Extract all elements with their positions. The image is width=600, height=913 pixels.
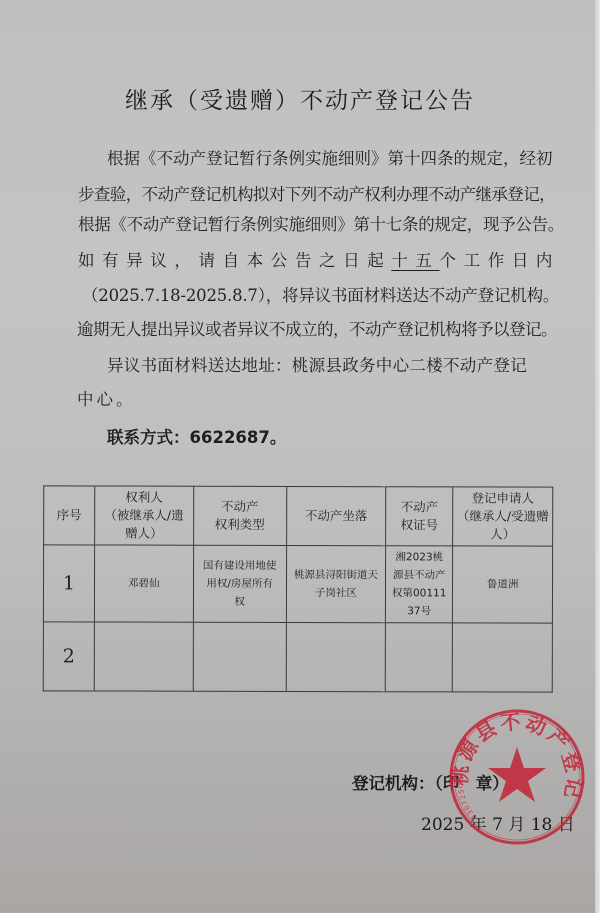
contact-label: 联系方式： — [107, 428, 190, 447]
header-certificate-no: 不动产 权证号 — [386, 487, 453, 546]
document-title: 继承（受遗赠）不动产登记公告 — [0, 82, 600, 115]
objection-suffix: 个工作日内 — [440, 251, 561, 270]
header-right-type: 不动产 权利类型 — [193, 486, 286, 545]
header-applicant: 登记申请人 （继承人/受遗赠人） — [453, 487, 553, 546]
objection-prefix: 如有异议，请自本公告之日起 — [78, 251, 391, 270]
cell-applicant: 鲁道洲 — [453, 546, 553, 623]
registration-table: 序号 权利人 （被继承人/遗 赠人） 不动产 权利类型 不动产坐落 不动产 权证… — [43, 485, 554, 692]
header-right-holder: 权利人 （被继承人/遗 赠人） — [95, 486, 194, 545]
cell-applicant — [452, 623, 552, 692]
cell-index: 2 — [43, 622, 94, 691]
cell-right-holder — [94, 622, 193, 691]
paragraph-2-line-2: （2025.7.18-2025.8.7），将异议书面材料送达不动产登记机构。 — [82, 282, 559, 306]
header-location: 不动产坐落 — [286, 486, 386, 545]
cell-right-holder: 邓碧仙 — [94, 545, 193, 622]
header-index: 序号 — [44, 486, 95, 545]
cell-right-type — [193, 622, 286, 691]
cell-location: 桃源县浔阳街道天子岗社区 — [286, 545, 386, 622]
svg-text:4307250: 4307250 — [456, 782, 478, 821]
table-row: 2 — [43, 622, 552, 692]
seal-icon: 桃源县不动产登记中心 4307250 — [447, 707, 587, 847]
paper-edge — [595, 0, 600, 913]
seal-code: 4307250 — [456, 782, 478, 821]
paragraph-1-line-3: 根据《不动产登记暂行条例实施细则》第十七条的规定，现予公告。 — [78, 211, 564, 235]
cell-location — [286, 622, 386, 691]
table-row: 1 邓碧仙 国有建设用地使用权/房屋所有权 桃源县浔阳街道天子岗社区 湘2023… — [43, 545, 552, 623]
contact-phone: 6622687。 — [190, 428, 287, 447]
contact-line: 联系方式：6622687。 — [107, 424, 286, 448]
cell-right-type: 国有建设用地使用权/房屋所有权 — [193, 545, 286, 622]
official-seal-stamp: 桃源县不动产登记中心 4307250 — [447, 707, 587, 847]
table-header-row: 序号 权利人 （被继承人/遗 赠人） 不动产 权利类型 不动产坐落 不动产 权证… — [44, 486, 553, 546]
objection-days: 十五 — [391, 251, 439, 270]
paragraph-2-line-1: 如有异议，请自本公告之日起十五个工作日内 — [78, 247, 560, 271]
paragraph-2-line-3: 逾期无人提出异议或者异议不成立的，不动产登记机构将予以登记。 — [77, 316, 557, 340]
cell-certificate-no: 湘2023桃源县不动产权第0011137号 — [386, 546, 453, 623]
paragraph-3-line-2: 中心。 — [77, 386, 136, 410]
cell-certificate-no — [386, 623, 453, 692]
paragraph-1-line-2: 步查验，不动产登记机构拟对下列不动产权利办理不动产继承登记， — [78, 181, 555, 205]
paragraph-3-line-1: 异议书面材料送达地址：桃源县政务中心二楼不动产登记 — [107, 352, 527, 376]
seal-star-icon — [488, 747, 546, 802]
cell-index: 1 — [43, 545, 94, 622]
paragraph-1-line-1: 根据《不动产登记暂行条例实施细则》第十四条的规定，经初 — [107, 145, 553, 169]
